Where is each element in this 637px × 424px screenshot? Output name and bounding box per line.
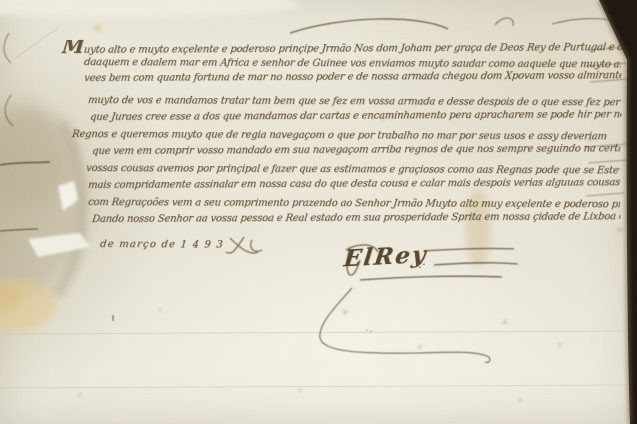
- manuscript-line: daaquem e daalem mar em Africa e senhor …: [83, 57, 621, 71]
- manuscript-line: mais compridamente assinalar em nossa ca…: [87, 177, 621, 192]
- manuscript-line: vossas cousas avemos por prinçipal e faz…: [85, 163, 620, 177]
- manuscript-date-line: de março de 1 4 9 3: [99, 239, 240, 252]
- manuscript-line: com Regraçoões vem a seu comprimento pra…: [87, 197, 620, 211]
- manuscript-line: Regnos e queremos muyto que de regia nav…: [71, 129, 618, 143]
- manuscript-line: que vem em comprir vosso mandado em sua …: [91, 143, 621, 158]
- manuscript-scan: Muyto alto e muyto exçelente e poderoso …: [0, 0, 637, 424]
- manuscript-line: Muyto alto e muyto exçelente e poderoso …: [61, 37, 623, 57]
- manuscript-line: Dando nosso Senhor aa vossa pessoa e Rea…: [91, 211, 621, 226]
- letter-body: Muyto alto e muyto exçelente e poderoso …: [0, 0, 637, 424]
- signature-rubric: ·:·: [415, 258, 426, 271]
- manuscript-line: que Juraes cree esse a dos que mandamos …: [89, 109, 622, 124]
- manuscript-line: vees bem com quanta fortuna de mar no no…: [83, 70, 622, 85]
- manuscript-line: muyto de vos e mandamos tratar tam bem q…: [87, 95, 621, 109]
